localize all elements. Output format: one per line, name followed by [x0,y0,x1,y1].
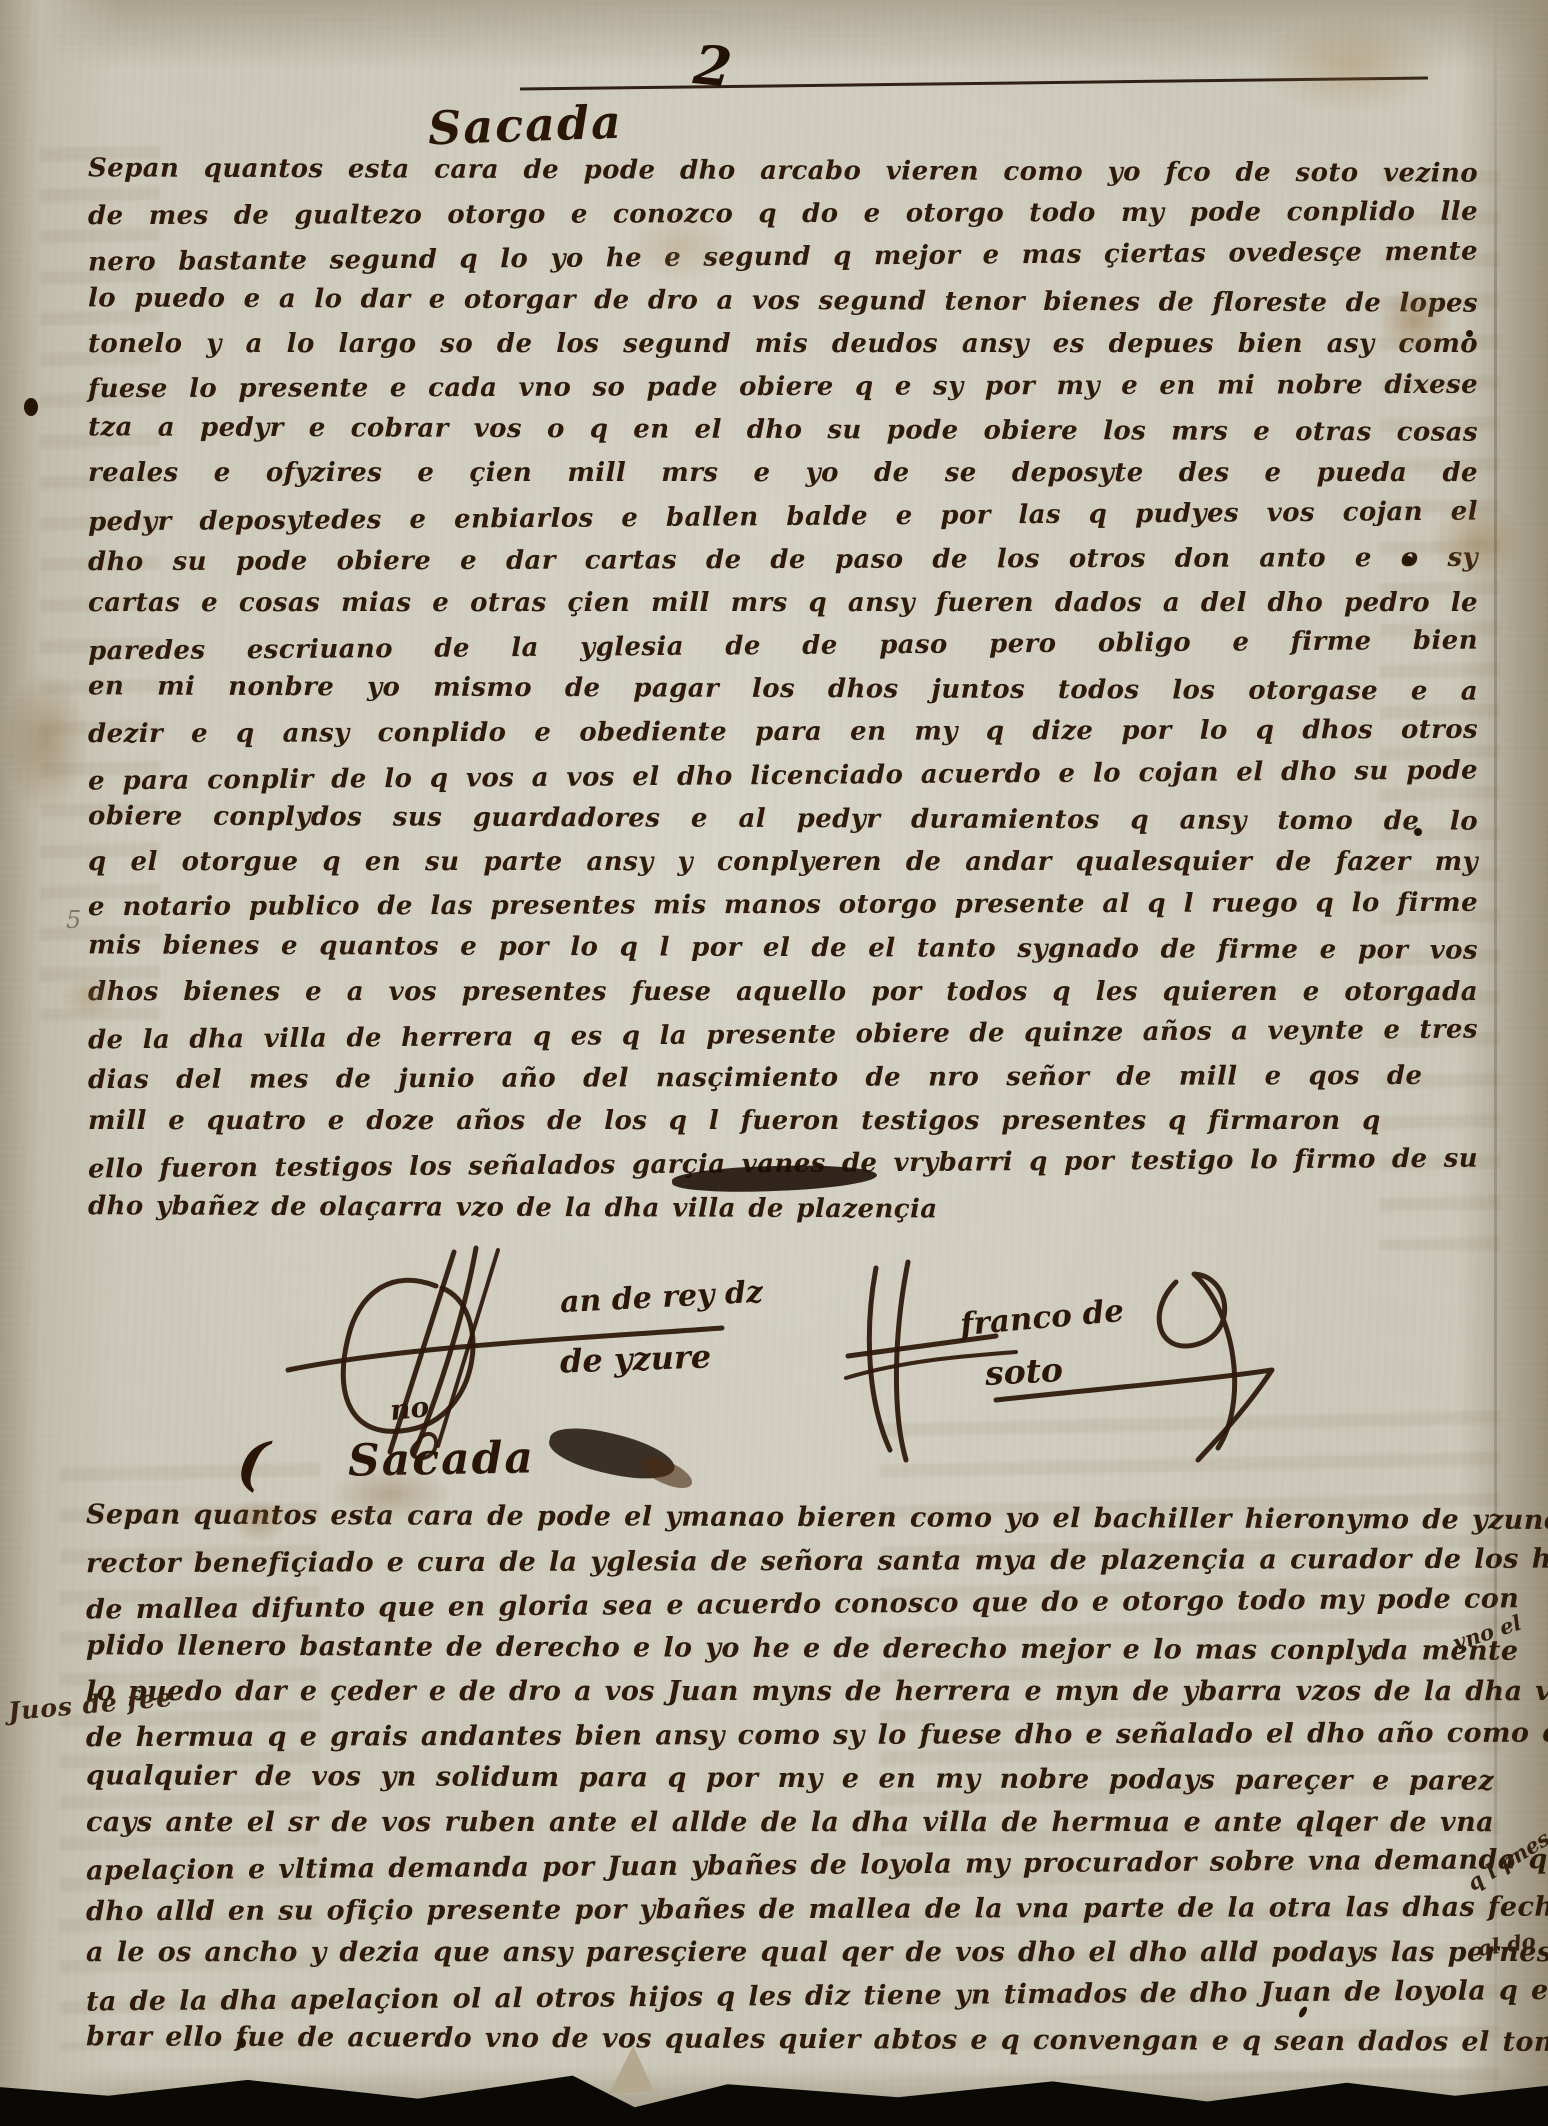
stain [2,672,88,812]
folio-number: 2 [691,32,735,100]
manuscript-line: q el otorgue q en su parte ansy y conply… [88,841,1478,884]
manuscript-line: a le os ancho y dezia que ansy paresçier… [86,1931,1494,1975]
manuscript-line: fuese lo presente e cada vno so pade obi… [88,364,1478,412]
manuscript-line: cays ante el sr de vos ruben ante el all… [86,1801,1494,1845]
manuscript-line: rector benefiçiado e cura de la yglesia … [86,1537,1494,1585]
manuscript-line: de hermua q e grais andantes bien ansy c… [86,1711,1494,1759]
manuscript-line: pedyr deposytedes e enbiarlos e ballen b… [88,490,1478,544]
manuscript-line: nero bastante segund q lo yo he e segund… [88,231,1478,285]
left-margin-mark: 5 [66,906,81,934]
manuscript-line: cartas e cosas mias e otras çien mill mr… [88,582,1478,625]
manuscript-line: en mi nonbre yo mismo de pagar los dhos … [88,666,1478,715]
manuscript-line: reales e ofyzires e çien mill mrs e yo d… [88,452,1478,495]
manuscript-line: tza a pedyr e cobrar vos o q en el dho s… [88,406,1478,455]
manuscript-line: dho su pode obiere e dar cartas de de pa… [88,537,1478,585]
manuscript-page: 2 Sacada Sepan quantos esta cara de pode… [0,0,1548,2126]
manuscript-line: dezir e q ansy conplido e obediente para… [88,709,1478,757]
bottom-page-edge-shadow [0,2054,1548,2126]
manuscript-line: qualquier de vos yn solidum para q por m… [86,1754,1494,1803]
manuscript-line: lo puedo e a lo dar e otorgar de dro a v… [88,277,1478,326]
left-signature-name-line2: de yzure [559,1337,711,1380]
manuscript-line: dias del mes de junio año del nasçimient… [88,1055,1423,1102]
manuscript-line: Sepan quantos esta cara de pode el ymana… [86,1493,1494,1542]
text-block-1: Sepan quantos esta cara de pode dho arca… [88,150,1478,1230]
manuscript-line: dhos bienes e a vos presentes fuese aque… [88,971,1478,1014]
left-signature-name-line3: no [388,1390,430,1427]
manuscript-line: de la dha villa de herrera q es q la pre… [88,1008,1478,1062]
ink-smear [638,1452,696,1494]
text-block-2: Sepan quantos esta cara de pode el ymana… [86,1496,1494,2062]
manuscript-line: de mallea difunto que en gloria sea e ac… [86,1577,1494,1632]
section1-heading: Sacada [427,95,624,156]
manuscript-line: apelaçion e vltima demanda por Juan ybañ… [86,1838,1494,1893]
manuscript-line: dho alld en su ofiçio presente por ybañe… [86,1885,1494,1933]
manuscript-line-with-strikeout: ello fueron testigos los señalados garçi… [88,1138,1478,1192]
ink-speck [24,398,38,416]
stain [1255,18,1445,114]
folio-rule-line [520,76,1428,90]
manuscript-line: tonelo y a lo largo so de los segund mis… [88,323,1478,366]
manuscript-line: obiere conplydos sus guardadores e al pe… [88,795,1478,844]
manuscript-line: plido llenero bastante de derecho e lo y… [86,1624,1494,1673]
manuscript-line: lo puedo dar e çeder e de dro a vos Juan… [86,1670,1494,1714]
manuscript-line: Sepan quantos esta cara de pode dho arca… [88,147,1478,196]
manuscript-line: dho ybañez de olaçarra vzo de la dha vil… [88,1185,1006,1232]
manuscript-line: e notario publico de las presentes mis m… [88,882,1478,930]
manuscript-line: mis bienes e quantos e por lo q l por el… [88,925,1478,974]
page-fold-crease [1494,0,1497,2126]
manuscript-line: mill e quatro e doze años de los q l fue… [88,1100,1381,1143]
manuscript-line: brar ello fue de acuerdo vno de vos qual… [86,2015,1494,2064]
right-signature-name-line2: soto [984,1350,1064,1393]
section2-heading: Sacada [348,1432,536,1486]
heading2-opening-swash: ( [232,1426,272,1500]
